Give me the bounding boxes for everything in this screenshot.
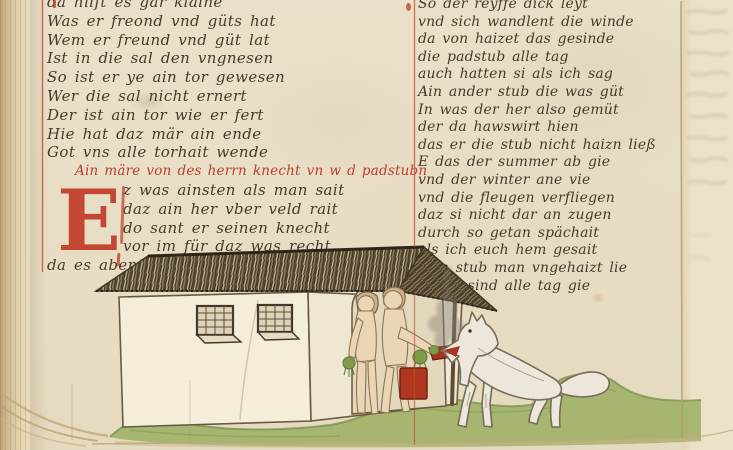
wolf-head bbox=[441, 312, 498, 386]
manuscript-line: daz si nicht dar an zugen bbox=[418, 207, 680, 225]
red-trough bbox=[429, 344, 471, 360]
manuscript-line: E das der summer ab gie bbox=[418, 154, 680, 172]
gutter-shadow bbox=[30, 0, 48, 450]
manuscript-line: daz gesind alle tag gie bbox=[418, 278, 680, 296]
manuscript-line: durch so getan spächait bbox=[418, 225, 680, 243]
manuscript-line: vnd der winter ane vie bbox=[418, 172, 680, 190]
lattice-window bbox=[197, 306, 241, 343]
rubrication-mark bbox=[53, 0, 56, 8]
manuscript-line: Der ist ain tor wie er fert bbox=[47, 106, 399, 125]
manuscript-line: Was er freond vnd güts hat bbox=[47, 12, 399, 31]
grass-mounds bbox=[110, 374, 701, 447]
green-bath-whisk bbox=[413, 350, 427, 372]
manuscript-line: vnd die fleugen verfliegen bbox=[418, 190, 680, 208]
manuscript-line: vnd sich wandlent die winde bbox=[418, 14, 680, 32]
wolf-tail bbox=[558, 372, 609, 397]
gable-post bbox=[452, 299, 455, 404]
manuscript-line: So ist er ye ain tor gewesen bbox=[47, 68, 399, 87]
manuscript-line: der da hawswirt hien bbox=[418, 119, 680, 137]
next-page-edge bbox=[682, 0, 733, 450]
doorway-arch bbox=[352, 281, 446, 414]
manuscript-line: da hilft es gar klaine bbox=[47, 0, 399, 12]
manuscript-line: Ist in die sal den vngnesen bbox=[47, 49, 399, 68]
manuscript-line: So der reyffe dick leyt bbox=[418, 0, 680, 14]
manuscript-line: Got vns alle torhait wende bbox=[47, 143, 399, 162]
manuscript-line: Hie hat daz mär ain ende bbox=[47, 125, 399, 144]
manuscript-line: das er die stub nicht haizn ließ bbox=[418, 137, 680, 155]
green-bath-whisk bbox=[343, 357, 355, 377]
manuscript-page: da hilft es gar klaine Was er freond vnd… bbox=[0, 0, 733, 450]
manuscript-line: auch hatten si als ich sag bbox=[418, 66, 680, 84]
bather-rear bbox=[343, 292, 378, 414]
lattice-window bbox=[258, 305, 299, 340]
wolf bbox=[441, 312, 609, 427]
manuscript-line: In was der her also gemüt bbox=[418, 102, 680, 120]
lombard-initial: E bbox=[56, 182, 122, 266]
rubrication-mark bbox=[406, 3, 411, 11]
manuscript-line: da von haizet das gesinde bbox=[418, 31, 680, 49]
bather-front bbox=[381, 287, 434, 413]
wolf-open-mouth bbox=[444, 346, 460, 357]
two-nude-bathers bbox=[343, 287, 434, 414]
right-text-column: So der reyffe dick leyt vnd sich wandlen… bbox=[418, 0, 680, 295]
manuscript-line: Wem er freund vnd güt lat bbox=[47, 31, 399, 50]
red-stove-door bbox=[400, 368, 427, 399]
manuscript-line: Wer die sal nicht ernert bbox=[47, 87, 399, 106]
binding-gutter-edge bbox=[0, 0, 30, 450]
manuscript-line: die padstub alle tag bbox=[418, 49, 680, 67]
manuscript-line: dem stub man vngehaizt lie bbox=[418, 260, 680, 278]
manuscript-line: Ain ander stub die was güt bbox=[418, 84, 680, 102]
manuscript-line: als ich euch hem gesait bbox=[418, 242, 680, 260]
